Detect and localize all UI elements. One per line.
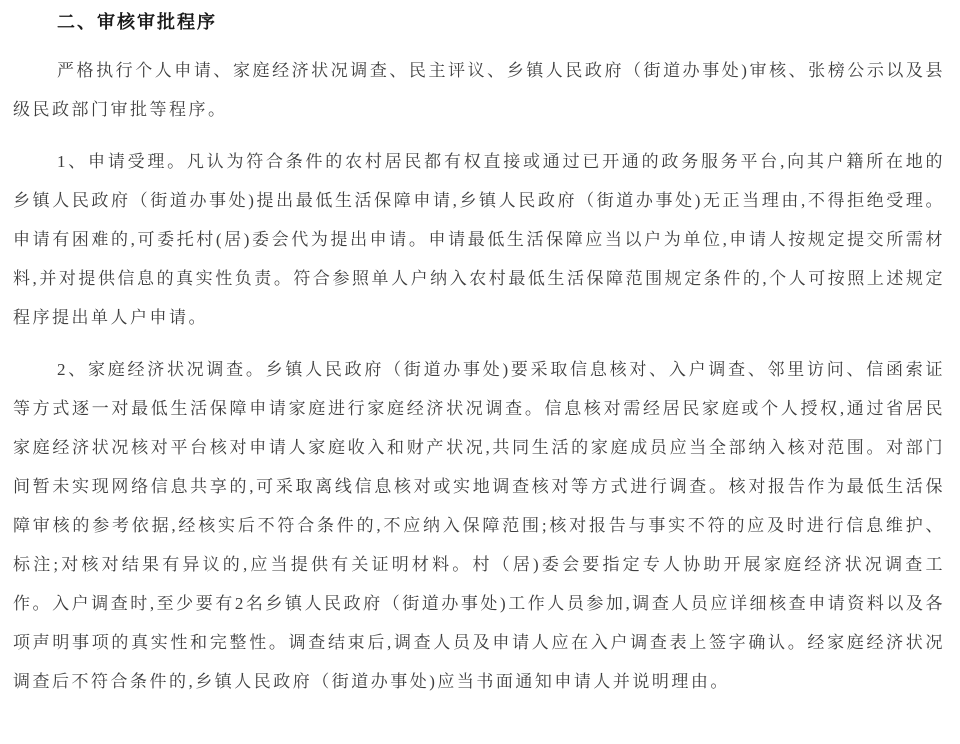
paragraph-item2-household-economic-survey: 2、家庭经济状况调查。乡镇人民政府（街道办事处)要采取信息核对、入户调查、邻里访…: [13, 350, 945, 701]
paragraph-item1-application-acceptance: 1、申请受理。凡认为符合条件的农村居民都有权直接或通过已开通的政务服务平台,向其…: [13, 142, 945, 337]
section-heading: 二、审核审批程序: [57, 8, 945, 36]
document-page: 二、审核审批程序 严格执行个人申请、家庭经济状况调查、民主评议、乡镇人民政府（街…: [0, 0, 960, 744]
paragraph-intro: 严格执行个人申请、家庭经济状况调查、民主评议、乡镇人民政府（街道办事处)审核、张…: [13, 51, 945, 129]
